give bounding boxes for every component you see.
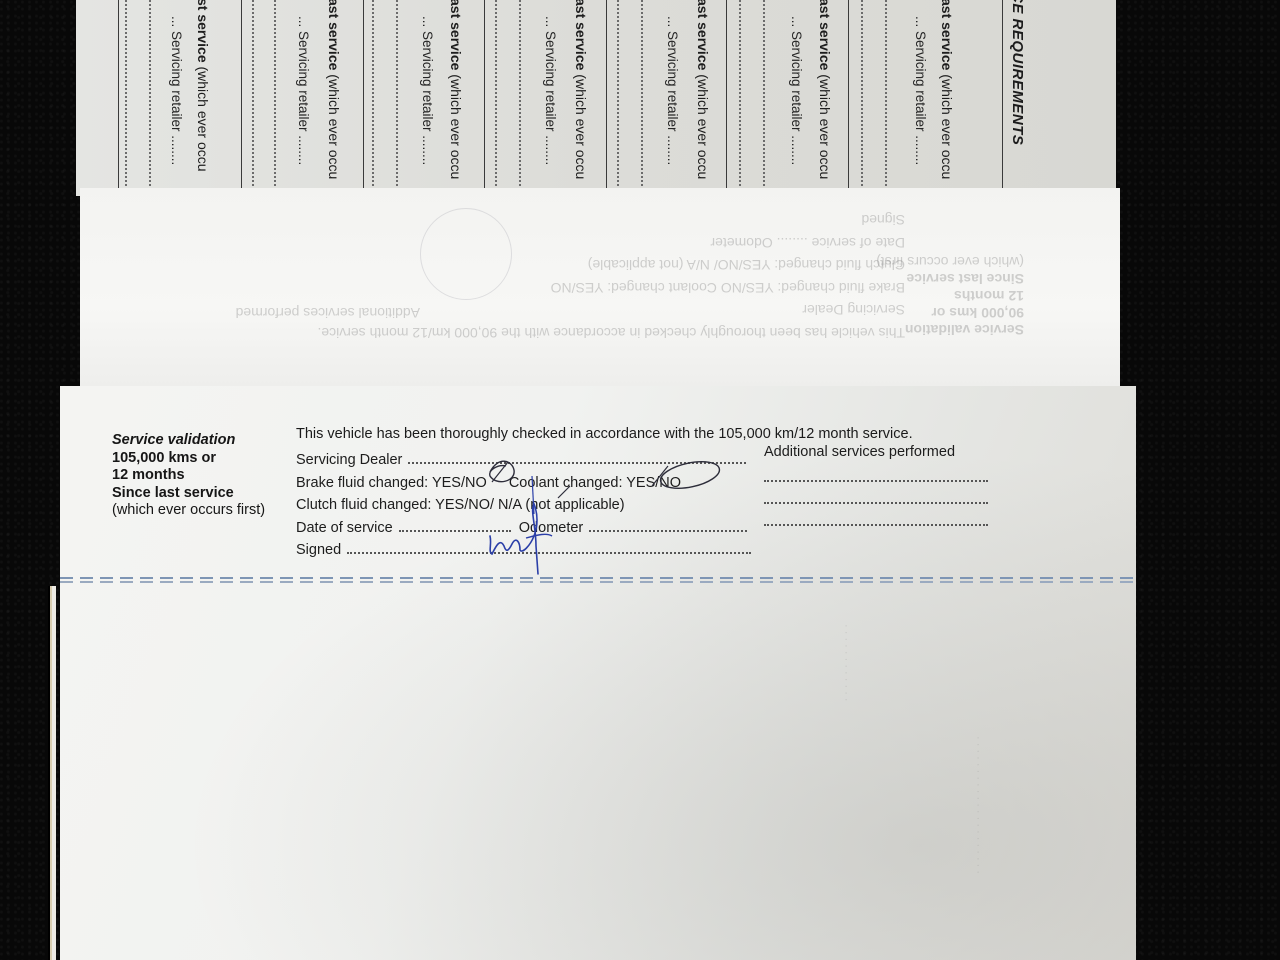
last-service-label: ast service (which ever occu <box>695 0 711 179</box>
bleed-through-text: · · · · · · · · · · · · · · · · · · · · … <box>972 736 984 874</box>
dotted-entry-line <box>408 462 746 464</box>
clutch-fluid-field[interactable]: Clutch fluid changed: YES/NO/ N/A (not a… <box>296 494 751 517</box>
dotted-line <box>495 0 497 186</box>
servicing-retailer-label: ... Servicing retailer ........ <box>169 16 184 165</box>
dotted-line <box>125 0 127 186</box>
dotted-entry-line <box>589 530 747 532</box>
servicing-retailer-label: ... Servicing retailer ........ <box>789 16 804 165</box>
service-column-7: ... Servicing retailer ........ ast serv… <box>848 0 971 190</box>
last-service-label: ast service (which ever occu <box>326 0 342 179</box>
clutch-fluid-label: Clutch fluid changed: YES/NO/ N/A (not a… <box>296 497 625 513</box>
service-validation-section: Service validation 105,000 kms or 12 mon… <box>60 386 1136 576</box>
dotted-line <box>861 0 863 186</box>
label-since: Since last service <box>112 485 265 503</box>
service-log-page-rotated: ... Servicing retailer ........ st servi… <box>76 0 1116 196</box>
dotted-line <box>739 0 741 186</box>
servicing-dealer-field[interactable]: Servicing Dealer <box>296 449 751 472</box>
dotted-line <box>617 0 619 186</box>
additional-service-line[interactable] <box>764 502 988 504</box>
additional-services-header: Additional services performed <box>764 444 988 460</box>
dotted-line <box>396 0 398 186</box>
dotted-line <box>763 0 765 186</box>
page-edge <box>48 586 56 960</box>
label-which-first: (which ever occurs first) <box>112 502 265 520</box>
additional-service-line[interactable] <box>764 524 988 526</box>
service-column-2: ... Servicing retailer ........ ast serv… <box>241 0 364 190</box>
additional-services-block: Additional services performed <box>764 444 988 526</box>
date-odometer-field[interactable]: Date of service Odometer <box>296 517 751 540</box>
perforation-line-secondary <box>60 581 1136 583</box>
last-service-label: ast service (which ever occu <box>448 0 464 179</box>
dotted-line <box>372 0 374 186</box>
faded-signature-mark <box>420 208 512 300</box>
label-kms: 105,000 kms or <box>112 450 265 468</box>
service-column-4: ... Servicing retailer ........ ast serv… <box>484 0 607 190</box>
label-months: 12 months <box>112 467 265 485</box>
dotted-entry-line <box>347 552 751 554</box>
signed-label: Signed <box>296 542 341 558</box>
servicing-retailer-label: ... Servicing retailer ........ <box>913 16 928 165</box>
dotted-line <box>252 0 254 186</box>
inspection-statement: This vehicle has been thoroughly checked… <box>296 426 913 442</box>
mirrored-main-text: This vehicle has been thoroughly checked… <box>317 209 905 344</box>
servicing-retailer-label: ... Servicing retailer ........ <box>543 16 558 165</box>
previous-service-flap: Service validation 90,000 kms or 12 mont… <box>80 188 1120 389</box>
label-title: Service validation <box>112 432 265 450</box>
dotted-line <box>274 0 276 186</box>
servicing-retailer-label: ... Servicing retailer ........ <box>665 16 680 165</box>
last-service-label: ast service (which ever occu <box>939 0 955 179</box>
servicing-retailer-label: ... Servicing retailer ........ <box>420 16 435 165</box>
dotted-entry-line <box>399 530 511 532</box>
service-column-3: ... Servicing retailer ........ ast serv… <box>363 0 486 190</box>
service-validation-label: Service validation 105,000 kms or 12 mon… <box>112 432 265 520</box>
service-fields: Servicing Dealer Brake fluid changed: YE… <box>296 449 751 562</box>
brake-coolant-field[interactable]: Brake fluid changed: YES/NO Coolant chan… <box>296 472 751 495</box>
mirrored-bleed-text: Service validation 90,000 kms or 12 mont… <box>80 188 1120 388</box>
requirements-heading-column: CE REQUIREMENTS <box>1002 0 1043 196</box>
coolant-label: Coolant changed: YES/NO <box>509 475 681 491</box>
dotted-line <box>149 0 151 186</box>
dotted-line <box>519 0 521 186</box>
bleed-through-text: · · · · · · · · · · · · <box>840 624 852 702</box>
odometer-label: Odometer <box>519 520 583 536</box>
service-column-6: ... Servicing retailer ........ ast serv… <box>726 0 849 190</box>
dotted-line <box>885 0 887 186</box>
signed-field[interactable]: Signed <box>296 539 751 562</box>
additional-service-line[interactable] <box>764 480 988 482</box>
service-column-1: ... Servicing retailer ........ st servi… <box>118 0 241 190</box>
mirrored-additional-services: Additional services performed <box>236 305 420 321</box>
last-service-label: ast service (which ever occu <box>573 0 589 179</box>
requirements-heading: CE REQUIREMENTS <box>1009 0 1026 145</box>
service-column-5: ... Servicing retailer ........ ast serv… <box>606 0 729 190</box>
service-validation-page: Service validation 105,000 kms or 12 mon… <box>60 386 1136 960</box>
dotted-line <box>641 0 643 186</box>
last-service-label: ast service (which ever occu <box>817 0 833 179</box>
brake-fluid-label: Brake fluid changed: YES/NO <box>296 475 487 491</box>
date-of-service-label: Date of service <box>296 520 393 536</box>
servicing-retailer-label: ... Servicing retailer ........ <box>296 16 311 165</box>
last-service-label: st service (which ever occu <box>195 0 211 172</box>
field-label: Servicing Dealer <box>296 452 402 468</box>
